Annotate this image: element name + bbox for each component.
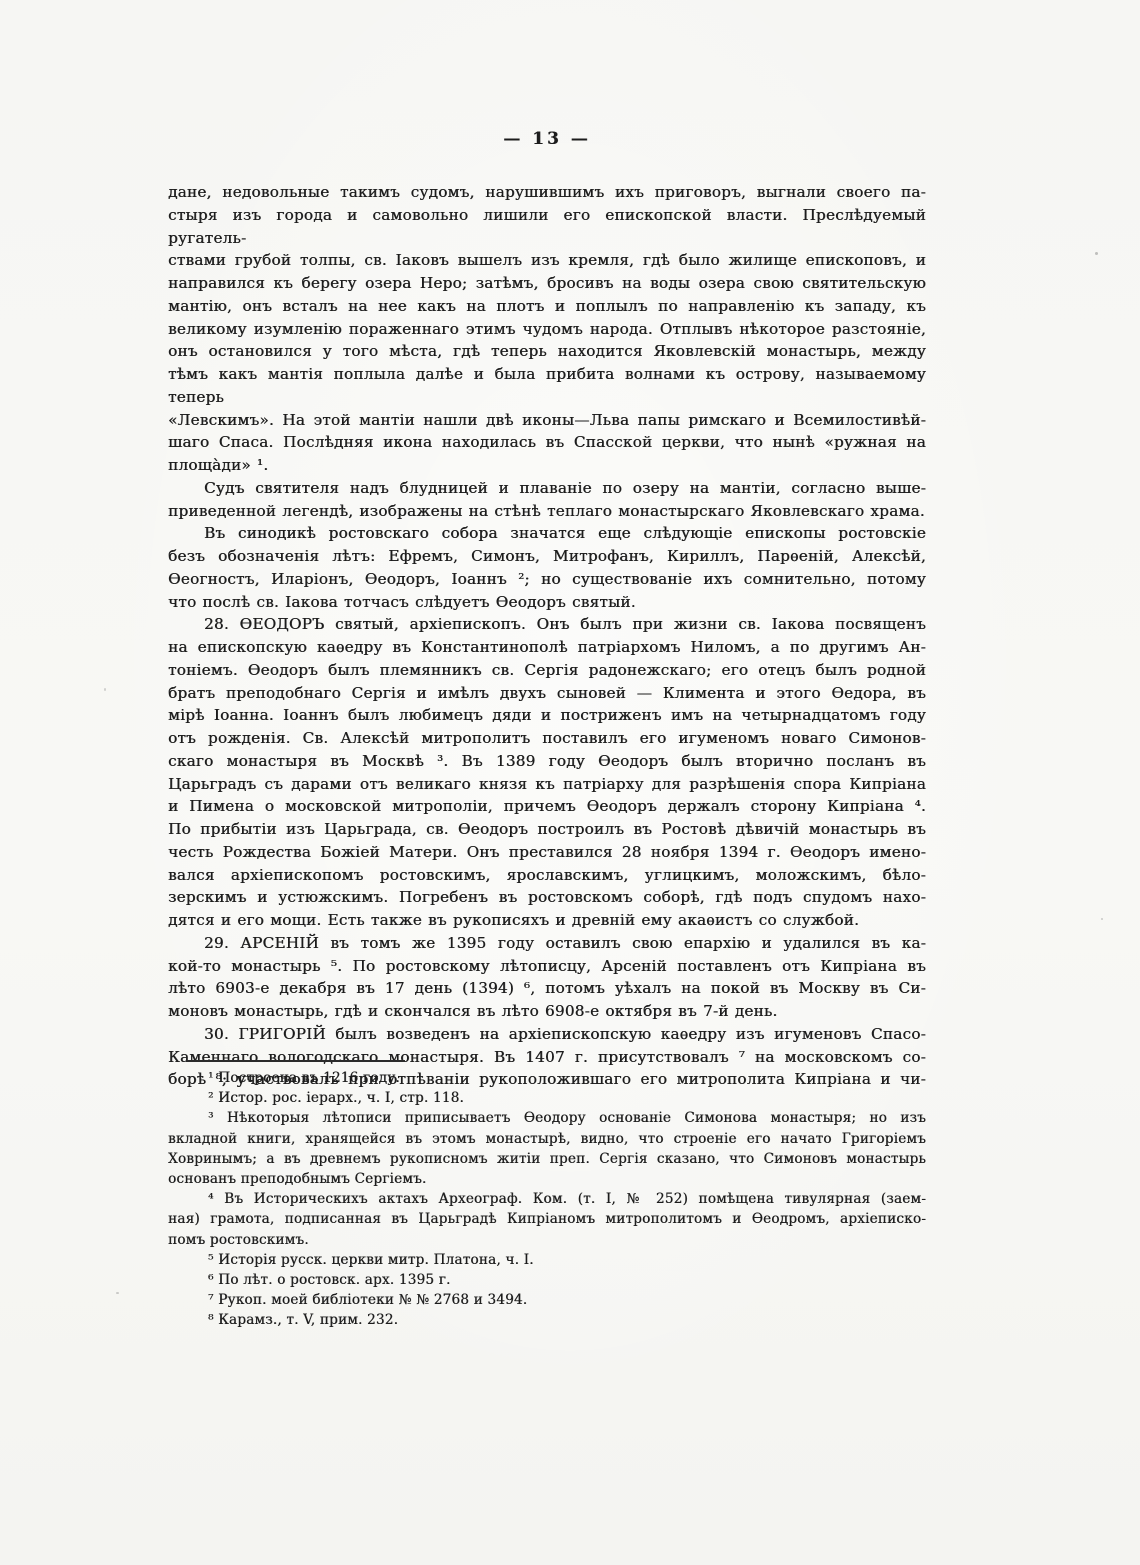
text-line: стыря изъ города и самовольно лишили его… xyxy=(168,204,926,250)
text-line: мантію, онъ всталъ на нее какъ на плотъ … xyxy=(168,295,926,318)
text-line: Каменнаго вологодскаго монастыря. Въ 140… xyxy=(168,1046,926,1069)
footnote: ² Истор. рос. іерарх., ч. I, стр. 118. xyxy=(168,1088,926,1108)
footnotes-section: ¹ Построена въ 1216 году.² Истор. рос. і… xyxy=(168,1068,926,1331)
text-line: моновъ монастырь, гдѣ и скончался въ лѣт… xyxy=(168,1000,926,1023)
text-line: Ѳеогностъ, Иларіонъ, Ѳеодоръ, Іоаннъ ²; … xyxy=(168,568,926,591)
text-line: дятся и его мощи. Есть также въ рукопися… xyxy=(168,909,926,932)
footnote: ¹ Построена въ 1216 году. xyxy=(168,1068,926,1088)
text-line: мірѣ Іоанна. Іоаннъ былъ любимецъ дяди и… xyxy=(168,704,926,727)
text-line: приведенной легендѣ, изображены на стѣнѣ… xyxy=(168,500,926,523)
text-line: на епископскую каѳедру въ Константинопол… xyxy=(168,636,926,659)
footnote: ³ Нѣкоторыя лѣтописи приписываетъ Ѳеодор… xyxy=(168,1108,926,1189)
text-line: отъ рожденія. Св. Алексѣй митрополитъ по… xyxy=(168,727,926,750)
text-line: ³ Нѣкоторыя лѣтописи приписываетъ Ѳеодор… xyxy=(168,1108,926,1128)
text-line: безъ обозначенія лѣтъ: Ефремъ, Симонъ, М… xyxy=(168,545,926,568)
text-line: Царьградъ съ дарами отъ великаго князя к… xyxy=(168,773,926,796)
text-line: основанъ преподобнымъ Сергіемъ. xyxy=(168,1169,926,1189)
footnote: ⁴ Въ Историческихъ актахъ Археограф. Ком… xyxy=(168,1189,926,1250)
text-line: ⁴ Въ Историческихъ актахъ Археограф. Ком… xyxy=(168,1189,926,1209)
scan-speck xyxy=(116,1292,119,1294)
text-line: 29. АРСЕНІЙ въ томъ же 1395 году оставил… xyxy=(168,932,926,955)
footnote: ⁵ Исторія русск. церкви митр. Платона, ч… xyxy=(168,1250,926,1270)
text-line: ⁷ Рукоп. моей библіотеки № № 2768 и 3494… xyxy=(168,1290,926,1310)
text-line: скаго монастыря въ Москвѣ ³. Въ 1389 год… xyxy=(168,750,926,773)
page-number: — 13 — xyxy=(168,129,926,149)
scan-speck xyxy=(1095,252,1098,255)
footnote: ⁶ По лѣт. о ростовск. арх. 1395 г. xyxy=(168,1270,926,1290)
text-line: и Пимена о московской митрополіи, причем… xyxy=(168,795,926,818)
text-line: лѣто 6903-е декабря въ 17 день (1394) ⁶,… xyxy=(168,977,926,1000)
scan-speck xyxy=(104,688,106,691)
body-text: дане, недовольные такимъ судомъ, нарушив… xyxy=(168,181,926,1091)
text-line: Ховринымъ; а въ древнемъ рукописномъ жит… xyxy=(168,1149,926,1169)
text-line: честь Рождества Божіей Матери. Онъ прест… xyxy=(168,841,926,864)
text-line: «Левскимъ». На этой мантіи нашли двѣ ико… xyxy=(168,409,926,432)
text-line: ⁶ По лѣт. о ростовск. арх. 1395 г. xyxy=(168,1270,926,1290)
text-line: ² Истор. рос. іерарх., ч. I, стр. 118. xyxy=(168,1088,926,1108)
text-line: ствами грубой толпы, св. Іаковъ вышелъ и… xyxy=(168,249,926,272)
text-line: ⁵ Исторія русск. церкви митр. Платона, ч… xyxy=(168,1250,926,1270)
text-line: Въ синодикѣ ростовскаго собора значатся … xyxy=(168,522,926,545)
body-paragraph: 29. АРСЕНІЙ въ томъ же 1395 году оставил… xyxy=(168,932,926,1023)
text-line: кой-то монастырь ⁵. По ростовскому лѣтоп… xyxy=(168,955,926,978)
text-line: онъ остановился у того мѣста, гдѣ теперь… xyxy=(168,340,926,363)
text-line: По прибытіи изъ Царьграда, св. Ѳеодоръ п… xyxy=(168,818,926,841)
body-paragraph: Судъ святителя надъ блудницей и плаваніе… xyxy=(168,477,926,523)
text-line: что послѣ св. Іакова тотчасъ слѣдуетъ Ѳе… xyxy=(168,591,926,614)
text-line: ⁸ Карамз., т. V, прим. 232. xyxy=(168,1310,926,1330)
text-line: зерскимъ и устюжскимъ. Погребенъ въ рост… xyxy=(168,886,926,909)
text-line: ная) грамота, подписанная въ Царьградѣ К… xyxy=(168,1209,926,1229)
text-line: 28. ѲЕОДОРЪ святый, архіепископъ. Онъ бы… xyxy=(168,613,926,636)
body-paragraph: дане, недовольные такимъ судомъ, нарушив… xyxy=(168,181,926,477)
text-line: тоніемъ. Ѳеодоръ былъ племянникъ св. Сер… xyxy=(168,659,926,682)
body-paragraph: Въ синодикѣ ростовскаго собора значатся … xyxy=(168,522,926,613)
text-line: великому изумленію пораженнаго этимъ чуд… xyxy=(168,318,926,341)
text-line: площа̀ди» ¹. xyxy=(168,454,926,477)
scan-speck xyxy=(1101,918,1103,920)
body-paragraph: 28. ѲЕОДОРЪ святый, архіепископъ. Онъ бы… xyxy=(168,613,926,932)
footnote-separator-rule xyxy=(186,1060,405,1062)
footnote: ⁸ Карамз., т. V, прим. 232. xyxy=(168,1310,926,1330)
text-line: тѣмъ какъ мантія поплыла далѣе и была пр… xyxy=(168,363,926,409)
text-line: направился къ берегу озера Неро; затѣмъ,… xyxy=(168,272,926,295)
text-line: вался архіепископомъ ростовскимъ, яросла… xyxy=(168,864,926,887)
text-line: дане, недовольные такимъ судомъ, нарушив… xyxy=(168,181,926,204)
text-line: Судъ святителя надъ блудницей и плаваніе… xyxy=(168,477,926,500)
text-line: вкладной книги, хранящейся въ этомъ мона… xyxy=(168,1129,926,1149)
text-line: шаго Спаса. Послѣдняя икона находилась в… xyxy=(168,431,926,454)
footnote: ⁷ Рукоп. моей библіотеки № № 2768 и 3494… xyxy=(168,1290,926,1310)
text-line: братъ преподобнаго Сергія и имѣлъ двухъ … xyxy=(168,682,926,705)
text-line: помъ ростовскимъ. xyxy=(168,1230,926,1250)
text-line: 30. ГРИГОРІЙ былъ возведенъ на архіеписк… xyxy=(168,1023,926,1046)
text-line: ¹ Построена въ 1216 году. xyxy=(168,1068,926,1088)
